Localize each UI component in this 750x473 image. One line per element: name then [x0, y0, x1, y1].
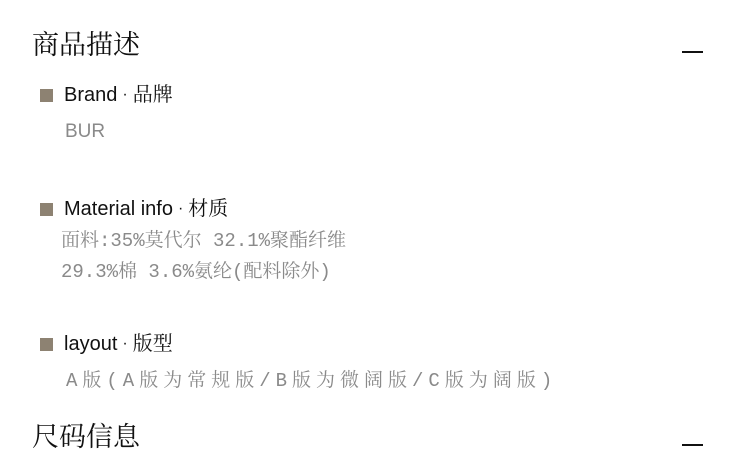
label-cn: 版型 — [133, 334, 173, 354]
label-cn: 品牌 — [133, 85, 173, 105]
label-cn: 材质 — [188, 199, 228, 219]
minus-icon[interactable] — [682, 51, 703, 53]
section-title: 商品描述 — [32, 32, 140, 59]
square-bullet-icon — [40, 203, 53, 216]
material-label: Material info · 材质 — [40, 199, 228, 219]
separator: · — [122, 336, 127, 352]
label-en: Brand — [64, 85, 117, 105]
material-value-line-2: 29.3%棉 3.6%氨纶(配料除外) — [61, 263, 331, 282]
layout-value: A版(A版为常规版/B版为微阔版/C版为阔版) — [66, 372, 557, 391]
label-en: layout — [64, 334, 117, 354]
label-en: Material info — [64, 199, 173, 219]
section-title: 尺码信息 — [32, 424, 140, 451]
square-bullet-icon — [40, 89, 53, 102]
material-value-line-1: 面料:35%莫代尔 32.1%聚酯纤维 — [61, 232, 346, 251]
minus-icon[interactable] — [682, 444, 703, 446]
square-bullet-icon — [40, 338, 53, 351]
separator: · — [178, 201, 183, 217]
brand-label: Brand · 品牌 — [40, 85, 173, 105]
brand-value: BUR — [65, 122, 105, 141]
separator: · — [122, 87, 127, 103]
layout-label: layout · 版型 — [40, 334, 173, 354]
